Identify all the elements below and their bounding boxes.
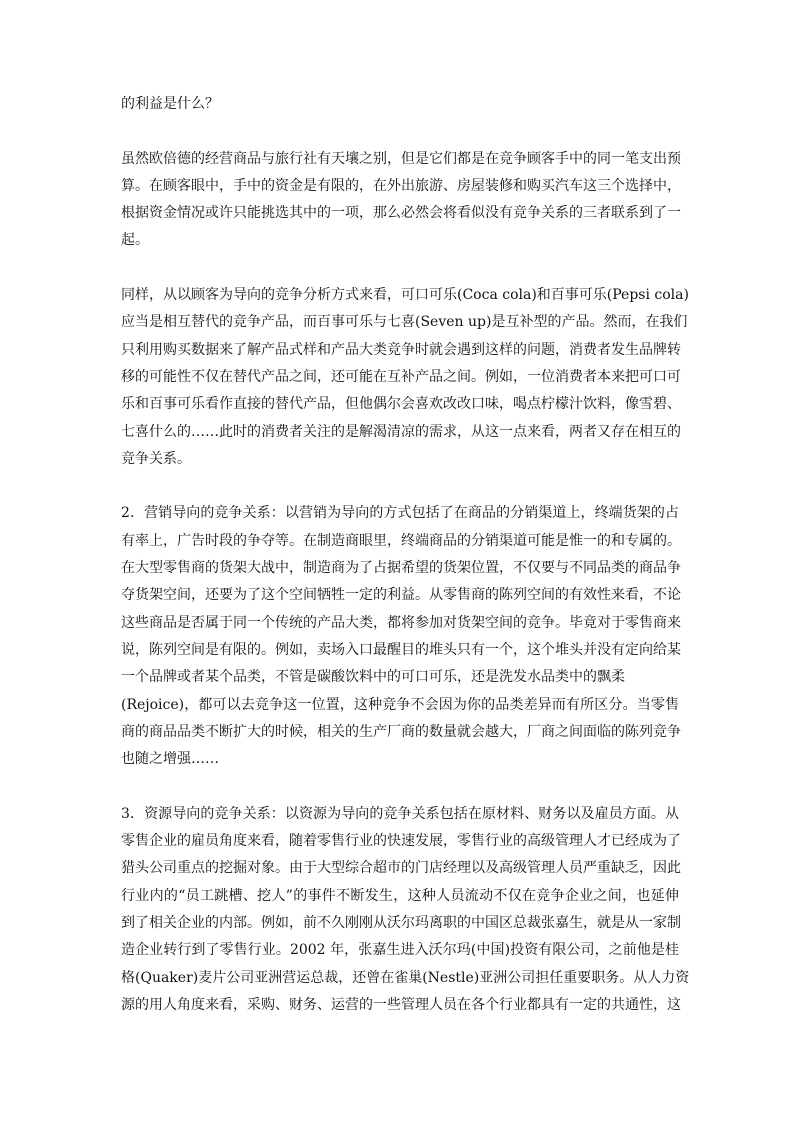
text-line: 行业内的“员工跳槽、挖人”的事件不断发生，这种人员流动不仅在竞争企业之间，也延伸	[121, 883, 679, 910]
text-line: 这些商品是否属于同一个传统的产品大类，都将参加对货架空间的竞争。毕竟对于零售商来	[121, 610, 679, 637]
text-line: 造企业转行到了零售行业。2002 年，张嘉生进入沃尔玛(中国)投资有限公司，之前…	[121, 937, 679, 964]
text-line: 在大型零售商的货架大战中，制造商为了占据希望的货架位置，不仅要与不同品类的商品争	[121, 555, 679, 582]
text-line: 起。	[121, 227, 679, 254]
document-page: 的利益是什么？ 虽然欧倍德的经营商品与旅行社有天壤之别，但是它们都是在竞争顾客手…	[121, 91, 679, 1046]
text-line: 应当是相互替代的竞争产品，而百事可乐与七喜(Seven up)是互补型的产品。然…	[121, 309, 679, 336]
text-line: 格(Quaker)麦片公司亚洲营运总裁，还曾在雀巢(Nestle)亚洲公司担任重…	[121, 965, 679, 992]
text-line: 乐和百事可乐看作直接的替代产品，但他偶尔会喜欢改改口味，喝点柠檬汁饮料，像雪碧、	[121, 391, 679, 418]
paragraph-resource-oriented: 3．资源导向的竞争关系：以资源为导向的竞争关系包括在原材料、财务以及雇员方面。从…	[121, 801, 679, 1019]
text-line: 零售企业的雇员角度来看，随着零售行业的快速发展，零售行业的高级管理人才已经成为了	[121, 828, 679, 855]
text-line: 有率上，广告时段的争夺等。在制造商眼里，终端商品的分销渠道可能是惟一的和专属的。	[121, 528, 679, 555]
text-line: 同样，从以顾客为导向的竞争分析方式来看，可口可乐(Coca cola)和百事可乐…	[121, 282, 679, 309]
text-line: 移的可能性不仅在替代产品之间，还可能在互补产品之间。例如，一位消费者本来把可口可	[121, 364, 679, 391]
text-line: 七喜什么的……此时的消费者关注的是解渴清凉的需求，从这一点来看，两者又存在相互的	[121, 419, 679, 446]
text-line: 的利益是什么？	[121, 91, 679, 118]
text-line: 也随之增强……	[121, 746, 679, 773]
text-line: 根据资金情况或许只能挑选其中的一项，那么必然会将看似没有竞争关系的三者联系到了一	[121, 200, 679, 227]
text-line: 猎头公司重点的挖掘对象。由于大型综合超市的门店经理以及高级管理人员严重缺乏，因此	[121, 855, 679, 882]
text-line: 算。在顾客眼中，手中的资金是有限的，在外出旅游、房屋装修和购买汽车这三个选择中，	[121, 173, 679, 200]
paragraph-cola-example: 同样，从以顾客为导向的竞争分析方式来看，可口可乐(Coca cola)和百事可乐…	[121, 282, 679, 473]
text-line: 源的用人角度来看，采购、财务、运营的一些管理人员在各个行业都具有一定的共通性，这	[121, 992, 679, 1019]
text-line: 竞争关系。	[121, 446, 679, 473]
paragraph-budget-competition: 虽然欧倍德的经营商品与旅行社有天壤之别，但是它们都是在竞争顾客手中的同一笔支出预…	[121, 146, 679, 255]
text-line: 2．营销导向的竞争关系：以营销为导向的方式包括了在商品的分销渠道上，终端货架的占	[121, 500, 679, 527]
paragraph-intro-tail: 的利益是什么？	[121, 91, 679, 118]
text-line: 商的商品品类不断扩大的时候，相关的生产厂商的数量就会越大，厂商之间面临的陈列竞争	[121, 719, 679, 746]
text-line: 夺货架空间，还要为了这个空间牺牲一定的利益。从零售商的陈列空间的有效性来看，不论	[121, 582, 679, 609]
paragraph-marketing-oriented: 2．营销导向的竞争关系：以营销为导向的方式包括了在商品的分销渠道上，终端货架的占…	[121, 500, 679, 773]
text-line: (Rejoice)，都可以去竞争这一位置，这种竞争不会因为你的品类差异而有所区分…	[121, 692, 679, 719]
text-line: 只利用购买数据来了解产品式样和产品大类竞争时就会遇到这样的问题，消费者发生品牌转	[121, 337, 679, 364]
text-line: 到了相关企业的内部。例如，前不久刚刚从沃尔玛离职的中国区总裁张嘉生，就是从一家制	[121, 910, 679, 937]
text-line: 说，陈列空间是有限的。例如，卖场入口最醒目的堆头只有一个，这个堆头并没有定向给某	[121, 637, 679, 664]
text-line: 一个品牌或者某个品类，不管是碳酸饮料中的可口可乐，还是洗发水品类中的飘柔	[121, 664, 679, 691]
text-line: 3．资源导向的竞争关系：以资源为导向的竞争关系包括在原材料、财务以及雇员方面。从	[121, 801, 679, 828]
text-line: 虽然欧倍德的经营商品与旅行社有天壤之别，但是它们都是在竞争顾客手中的同一笔支出预	[121, 146, 679, 173]
